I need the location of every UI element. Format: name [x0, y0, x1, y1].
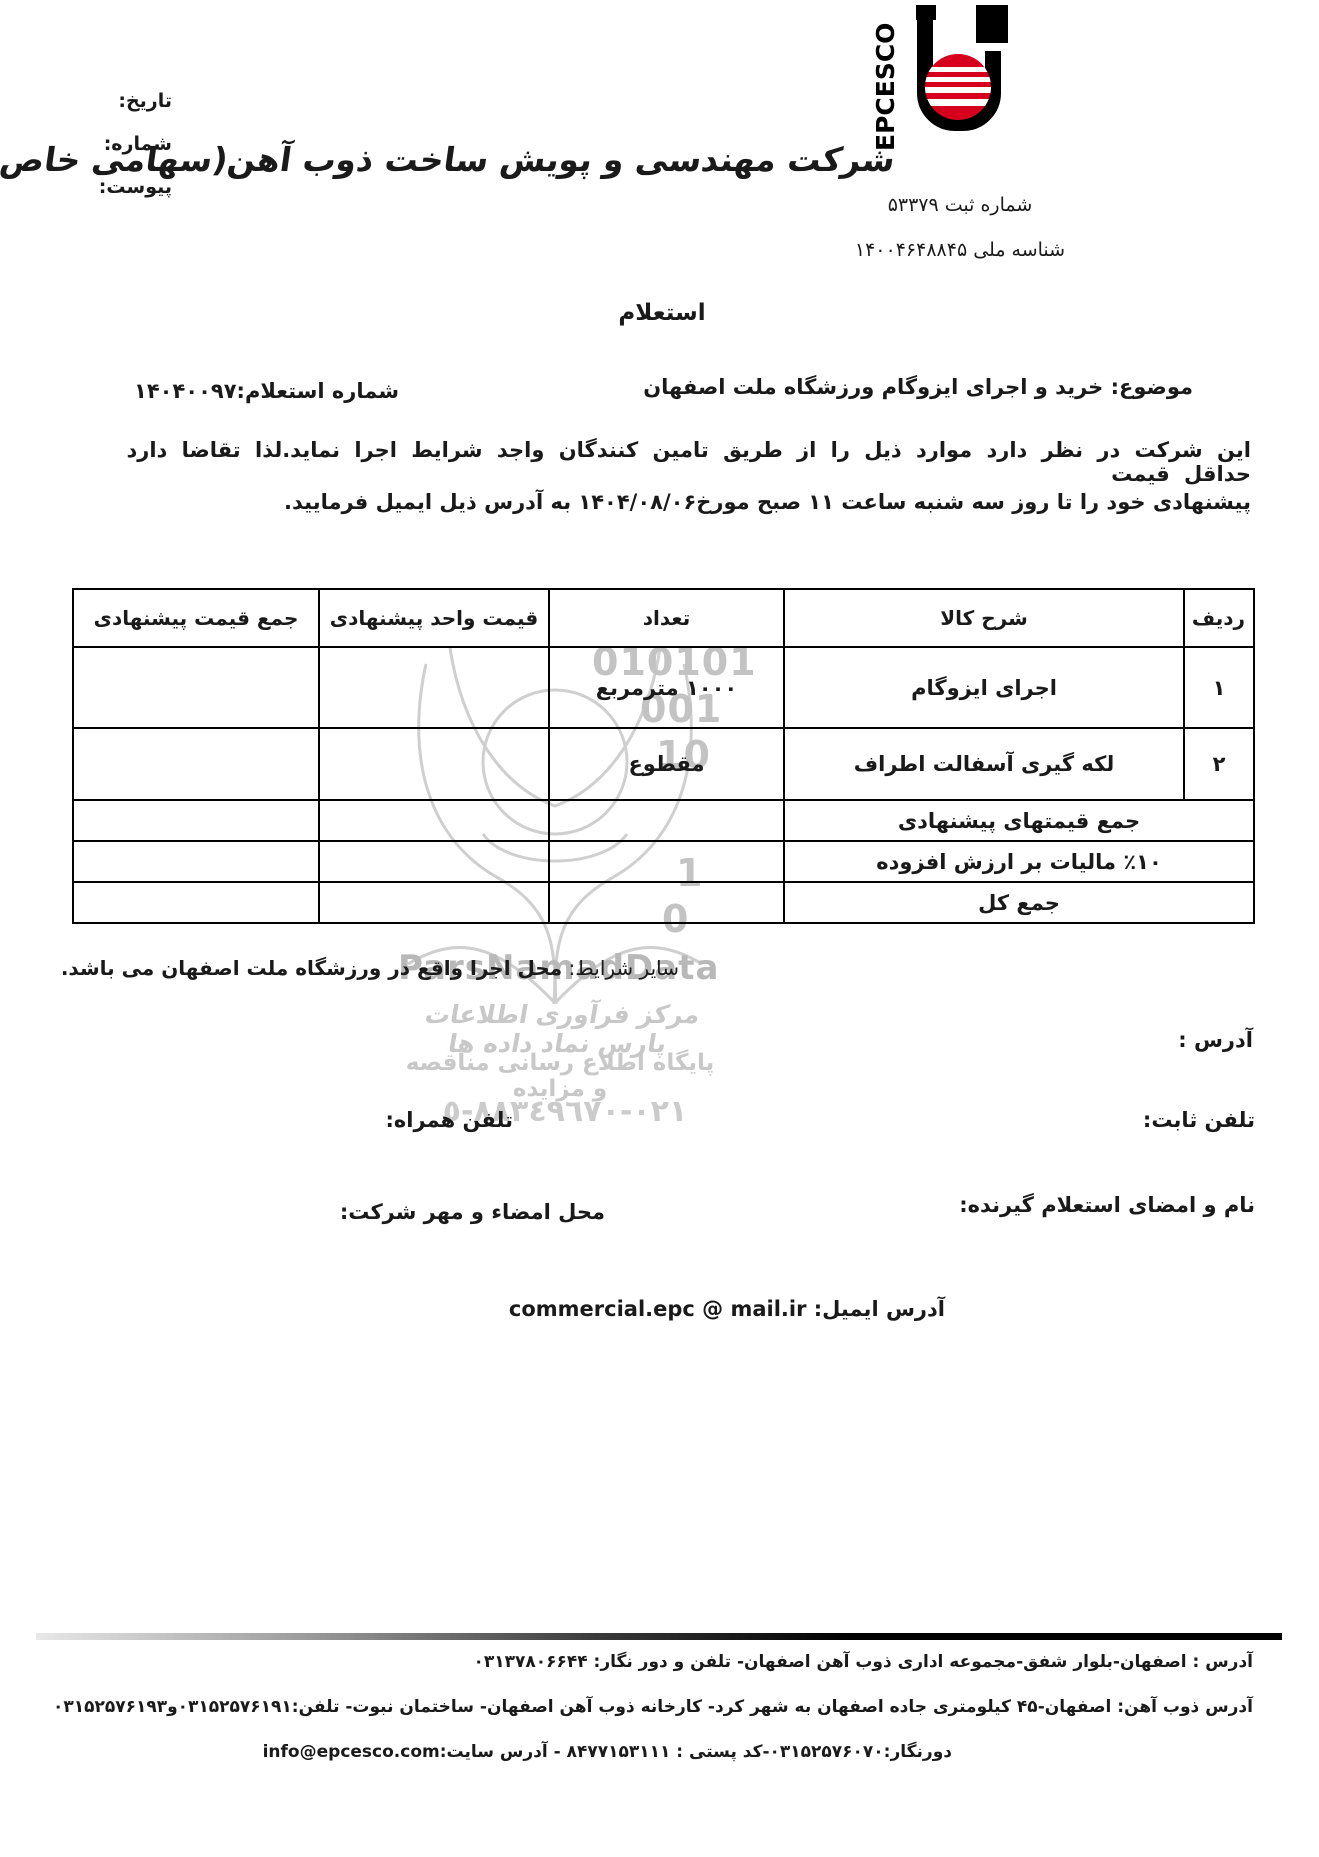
summary-label: ٪۱۰ مالیات بر ارزش افزوده — [784, 841, 1254, 882]
table-header-row: ردیف شرح کالا تعداد قیمت واحد پیشنهادی ج… — [73, 589, 1254, 647]
attachment-label: پیوست: — [60, 176, 172, 198]
registration-block: شماره ثبت ۵۳۳۷۹ شناسه ملی ۱۴۰۰۴۶۴۸۸۴۵ — [795, 194, 1125, 284]
cell-total-price — [73, 728, 319, 800]
summary-quantity — [549, 800, 784, 841]
conditions-text: محل اجرا واقع در ورزشگاه ملت اصفهان می ب… — [61, 956, 562, 980]
body-paragraph-line2: پیشنهادی خود را تا روز سه شنبه ساعت ۱۱ ص… — [70, 490, 1251, 514]
cell-quantity: ۱۰۰۰ مترمربع — [549, 647, 784, 728]
inquiry-document-page: 010101 001 10 1 0 ParsNamadData مرکز فرآ… — [0, 0, 1319, 1857]
subject-line: موضوع: خرید و اجرای ایزوگام ورزشگاه ملت … — [643, 375, 1193, 399]
epcesco-logo: EPCESCO — [862, 3, 1014, 153]
cell-quantity: مقطوع — [549, 728, 784, 800]
summary-quantity — [549, 882, 784, 923]
company-name-calligraphy: شرکت مهندسی و پویش ساخت ذوب آهن(سهامی خا… — [252, 140, 897, 179]
address-label: آدرس : — [1178, 1028, 1253, 1052]
summary-total-price — [73, 800, 319, 841]
header-unit-price: قیمت واحد پیشنهادی — [319, 589, 549, 647]
cell-description: لکه گیری آسفالت اطراف — [784, 728, 1184, 800]
date-label: تاریخ: — [60, 90, 172, 112]
body-paragraph-line1: این شرکت در نظر دارد موارد ذیل را از طری… — [70, 438, 1251, 486]
cell-description: اجرای ایزوگام — [784, 647, 1184, 728]
landline-label: تلفن ثابت: — [1143, 1108, 1255, 1132]
summary-row-vat: ٪۱۰ مالیات بر ارزش افزوده — [73, 841, 1254, 882]
header-row-number: ردیف — [1184, 589, 1254, 647]
header-total-price: جمع قیمت پیشنهادی — [73, 589, 319, 647]
footer-separator — [36, 1633, 1282, 1640]
pricing-table: ردیف شرح کالا تعداد قیمت واحد پیشنهادی ج… — [72, 588, 1255, 924]
summary-label: جمع قیمتهای پیشنهادی — [784, 800, 1254, 841]
table-row: ۱ اجرای ایزوگام ۱۰۰۰ مترمربع — [73, 647, 1254, 728]
summary-row-subtotal: جمع قیمتهای پیشنهادی — [73, 800, 1254, 841]
company-stamp-label: محل امضاء و مهر شرکت: — [340, 1200, 605, 1224]
registration-number: شماره ثبت ۵۳۳۷۹ — [795, 194, 1125, 216]
header-quantity: تعداد — [549, 589, 784, 647]
email-value: commercial.epc @ mail.ir — [509, 1297, 807, 1321]
summary-unit-price — [319, 841, 549, 882]
cell-unit-price — [319, 728, 549, 800]
cell-unit-price — [319, 647, 549, 728]
footer-address-line1: آدرس : اصفهان-بلوار شفق-مجموعه اداری ذوب… — [473, 1652, 1253, 1672]
other-conditions-line: سایر شرایط: محل اجرا واقع در ورزشگاه ملت… — [61, 956, 679, 980]
cell-row-number: ۲ — [1184, 728, 1254, 800]
email-line: آدرس ایمیل: commercial.epc @ mail.ir — [509, 1297, 945, 1321]
summary-unit-price — [319, 882, 549, 923]
inquiry-number: شماره استعلام:۱۴۰۴۰۰۹۷ — [134, 379, 399, 403]
header-description: شرح کالا — [784, 589, 1184, 647]
mobile-label: تلفن همراه: — [386, 1108, 513, 1132]
email-label: آدرس ایمیل: — [814, 1297, 945, 1321]
cell-row-number: ۱ — [1184, 647, 1254, 728]
conditions-label: سایر شرایط: — [562, 956, 679, 980]
summary-unit-price — [319, 800, 549, 841]
cell-total-price — [73, 647, 319, 728]
footer-address-line2: آدرس ذوب آهن: اصفهان-۴۵ کیلومتری جاده اص… — [53, 1697, 1253, 1717]
national-id: شناسه ملی ۱۴۰۰۴۶۴۸۸۴۵ — [795, 239, 1125, 261]
summary-label: جمع کل — [784, 882, 1254, 923]
footer-contact-line3: دورنگار:۰۳۱۵۲۵۷۶۰۷۰-کد پستی : ۸۴۷۷۱۵۳۱۱۱… — [263, 1742, 952, 1762]
document-title: استعلام — [62, 300, 1262, 326]
summary-total-price — [73, 882, 319, 923]
summary-row-grand-total: جمع کل — [73, 882, 1254, 923]
table-row: ۲ لکه گیری آسفالت اطراف مقطوع — [73, 728, 1254, 800]
summary-total-price — [73, 841, 319, 882]
epcesco-logo-text: EPCESCO — [871, 23, 900, 151]
summary-quantity — [549, 841, 784, 882]
receiver-signature-label: نام و امضای استعلام گیرنده: — [959, 1193, 1255, 1217]
